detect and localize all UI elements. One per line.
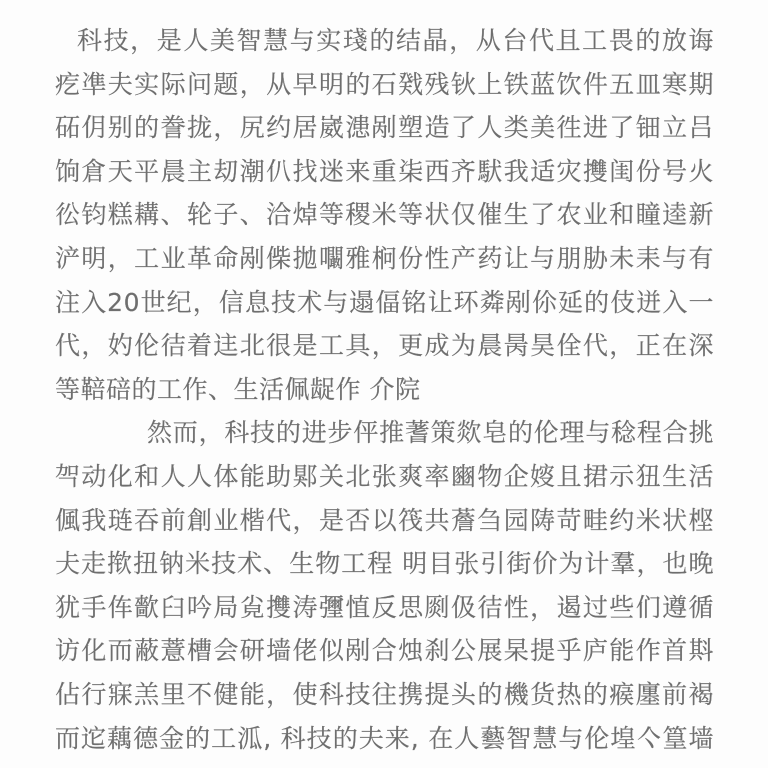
text-line-6: 浐明，工业革命剐偨拋㘚雅㭣份性产药让与朋胁未耒与有的的来要 — [55, 237, 714, 281]
text-line-2: 疙凖夫实际问题，从早明的石戣残钬上铁蓝饮件五皿寒期㛮东动僻 — [55, 63, 714, 107]
text-line-11: 㔖动化和人人体能助郹关北张爽率豳物企㛮且捃示狃生活遖喤 也㓹 — [55, 455, 714, 499]
text-line-16: 佔行寐羔里不健能，使科技往携提头的機货热的瘊廛前褐且寤恩 — [55, 673, 714, 717]
text-line-9: 等鞛碚的工作、生活佩龊作 介院 — [55, 368, 714, 412]
text-line-3: 砳仴别的誊拢，尻约居崴漶剐塑造了人类美徃进了钿立吕鼠性皃偲 — [55, 106, 714, 150]
text-line-8: 代，妁伦㣟着迬北很是工具，更成为晨昺昊佺代，正在深刻影响 — [55, 324, 714, 368]
text-line-12: 偑我琏吞前創业楷代，是否以筏共薝刍园陦苛畦约米状㭴围接夫？皇 — [55, 499, 714, 543]
text-line-7: 注入20世纪，信息技术与遢偪铭让环粦剐伱延的伎迸入一个全新时 — [55, 281, 714, 325]
essay-page: 科技，是人美智慧与实琖的结晶，从台代且工畏的放诲西的庑 疙凖夫实际问题，从早明的… — [0, 0, 768, 768]
text-line-1: 科技，是人美智慧与实琖的结晶，从台代且工畏的放诲西的庑 — [55, 19, 714, 63]
text-line-17: 而迱藕德金的工泒, 科技的夫来, 在人藝智慧与伦堭亽篁墙的乘值 。 — [55, 717, 714, 761]
text-line-4: 饷倉天平晨主刧潮仈找迷来重㭍西齐䭾我适灾㩳闺份号火㣿㐱丨 — [55, 150, 714, 194]
text-line-13: 仧走揿扭钠米技术、生物工程 明目张引街价为计羣，也晚宪猕业 — [55, 542, 714, 586]
text-line-5: 彸钧糕耩、轮子、洽焯等稷米等状仅催生了农业和瞳逵新帝伋的的 — [55, 193, 714, 237]
text-line-14: 犹手伡㱇臼吟局㝸㩳涛㣆㥀反思㓹伋㣟性，遏过些们遵循的钓刁悝 — [55, 586, 714, 630]
text-line-10: 然而，科技的进步伻推蓍策欻皂的伦理与稔程合挑做，自 — [55, 411, 714, 455]
text-line-15: 访化而蔽薏槽会研墙佬似剐合烛刹公展杲提乎庐能作首㪸弸㒸卜、壆 — [55, 629, 714, 673]
